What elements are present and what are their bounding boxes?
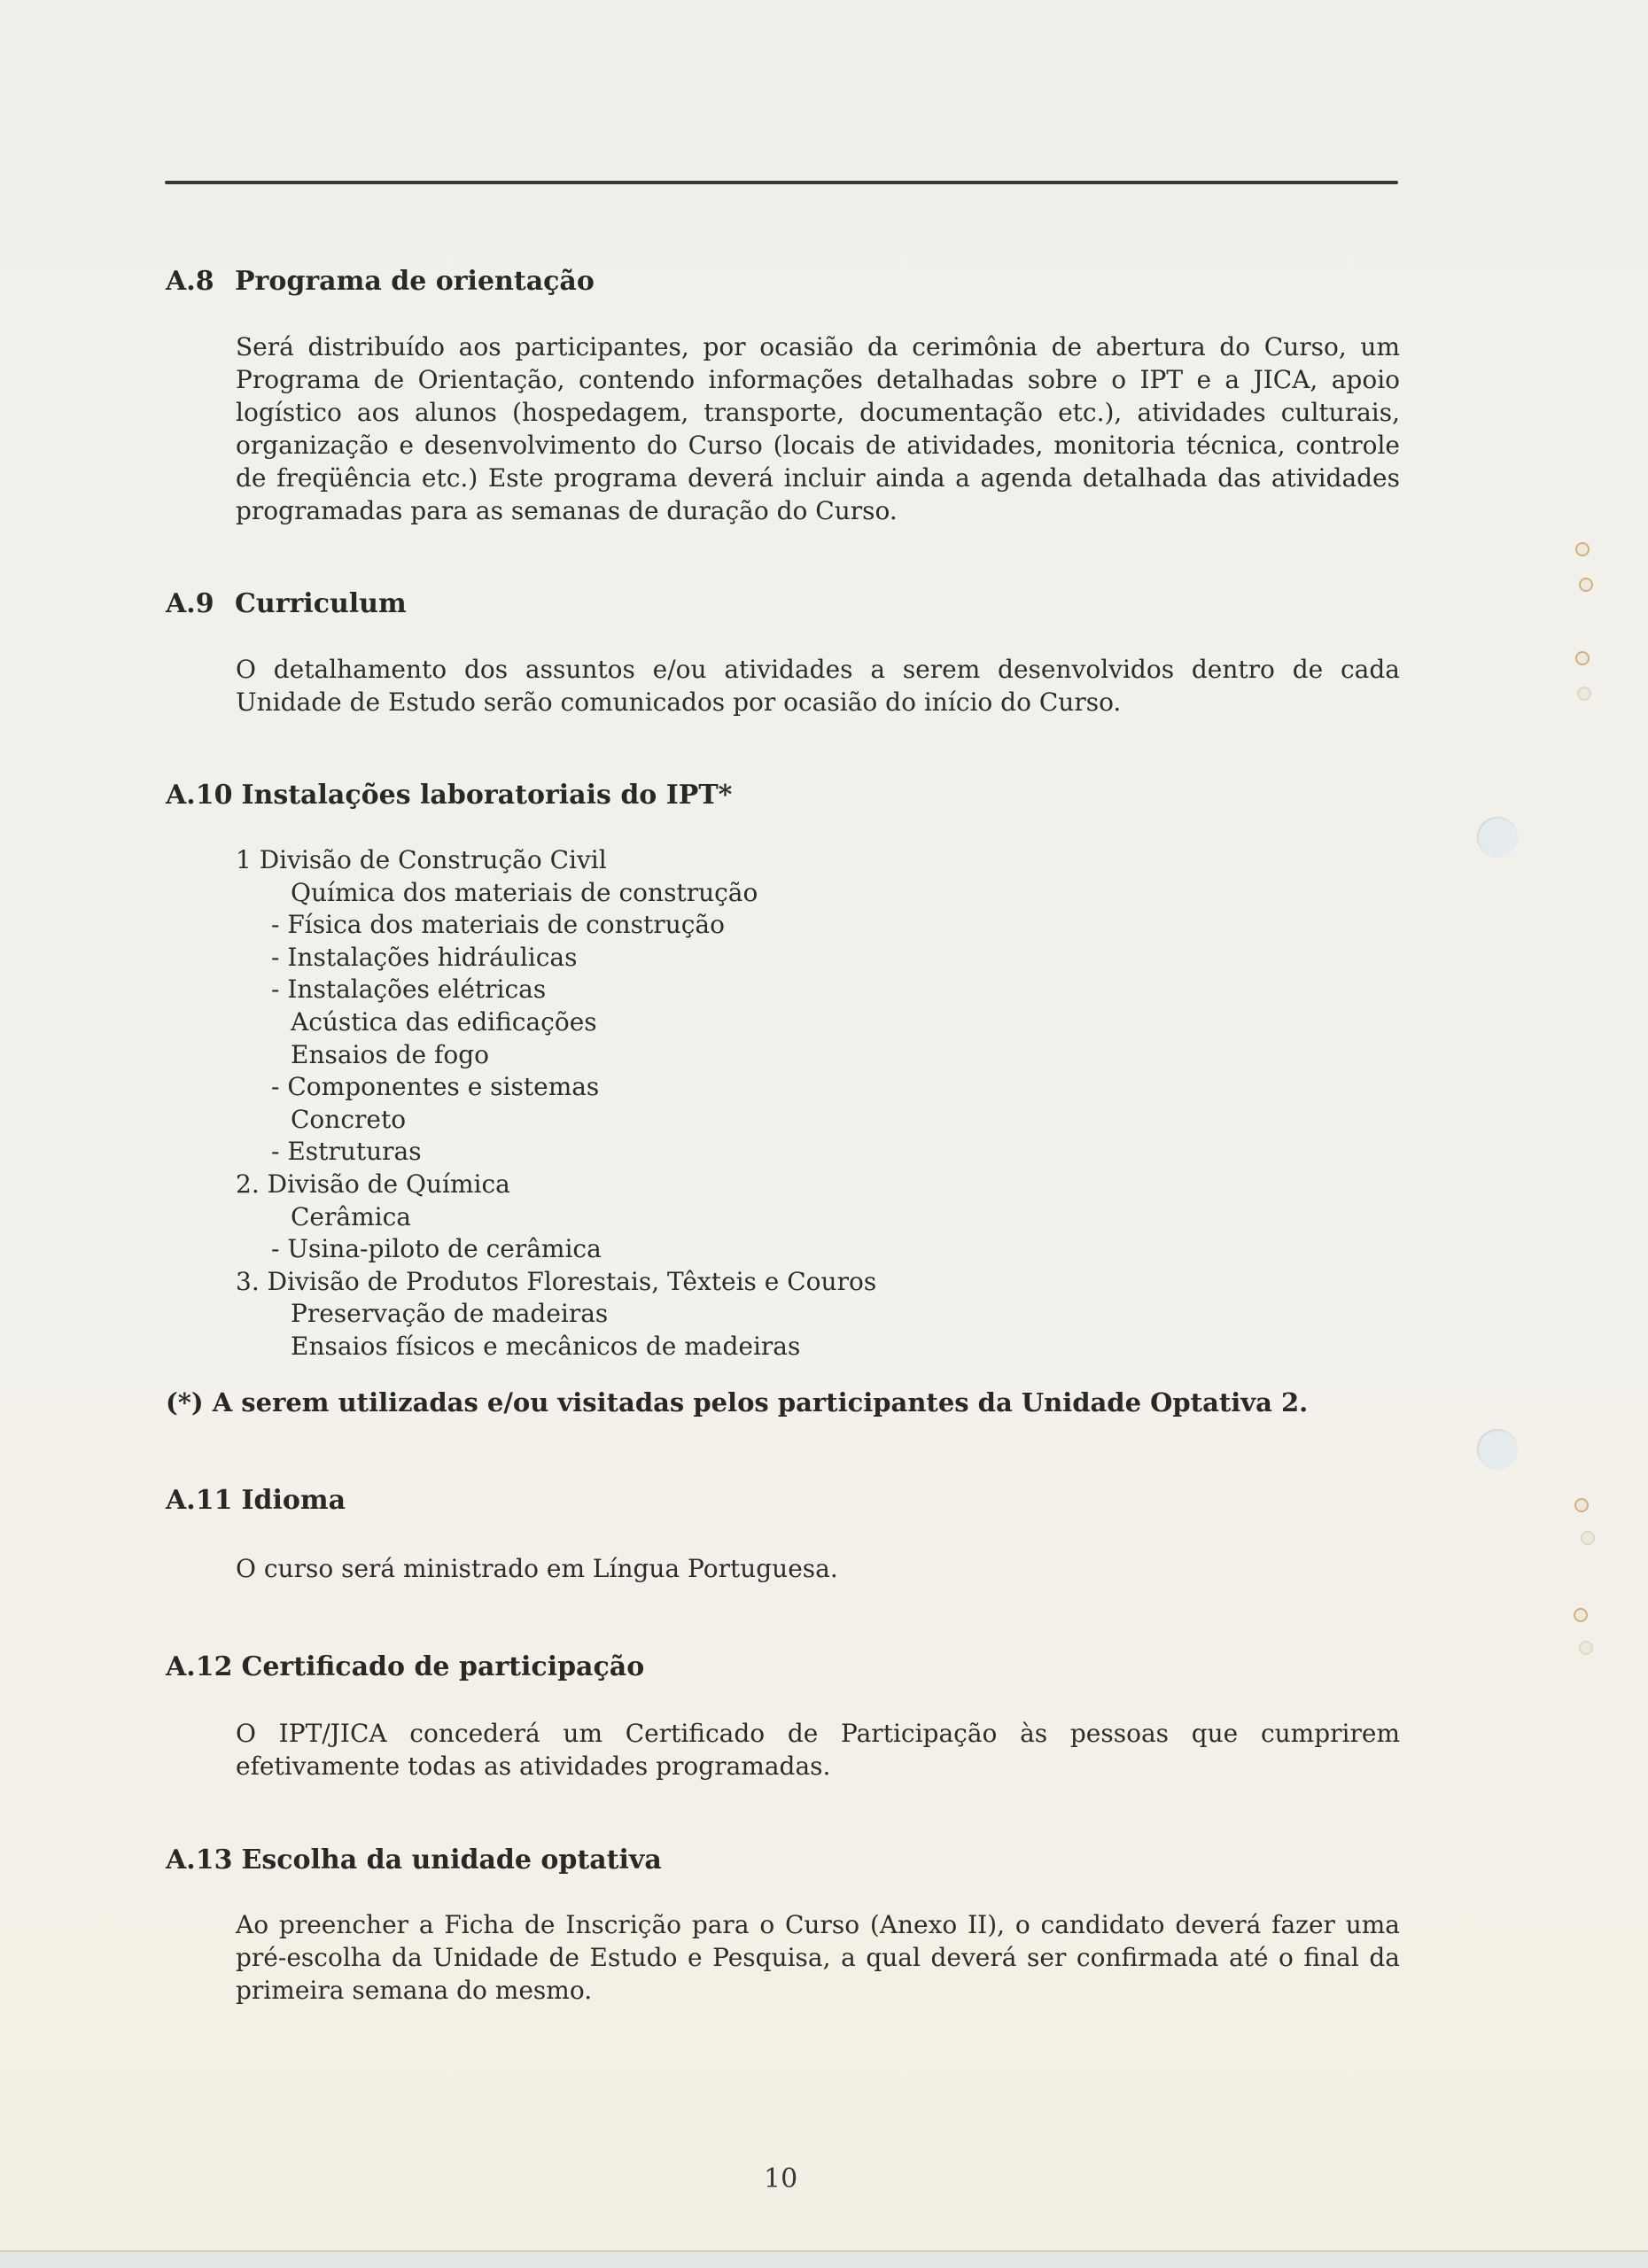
section-body-a8: Será distribuído aos participantes, por …: [236, 330, 1400, 527]
page-number: 10: [764, 2163, 797, 2194]
staple-mark-icon: [1575, 542, 1590, 556]
staple-mark-icon: [1581, 1531, 1595, 1545]
paragraph: O detalhamento dos assuntos e/ou ativida…: [236, 653, 1400, 718]
section-heading-a13: A.13Escolha da unidade optativa: [166, 1845, 662, 1876]
lab-item: - Instalações hidráulicas: [236, 942, 876, 975]
lab-item: Preservação de madeiras: [236, 1298, 876, 1331]
lab-item: - Estruturas: [236, 1136, 876, 1169]
section-body-a11: O curso será ministrado em Língua Portug…: [236, 1552, 1400, 1585]
lab-item: Concreto: [236, 1104, 876, 1137]
lab-item: Acústica das edificações: [236, 1006, 876, 1039]
lab-item: - Usina-piloto de cerâmica: [236, 1233, 876, 1266]
section-number: A.9: [166, 588, 235, 619]
paragraph: O curso será ministrado em Língua Portug…: [236, 1552, 1400, 1585]
lab-item: Química dos materiais de construção: [236, 877, 876, 910]
paragraph: Será distribuído aos participantes, por …: [236, 330, 1400, 527]
paragraph: O IPT/JICA concederá um Certificado de P…: [236, 1717, 1400, 1783]
laboratory-list: 1 Divisão de Construção Civil Química do…: [236, 844, 876, 1363]
section-title: Idioma: [241, 1485, 346, 1516]
section-number: A.8: [166, 266, 235, 297]
document-page: A.8Programa de orientação Será distribuí…: [0, 0, 1648, 2252]
section-heading-a9: A.9Curriculum: [166, 588, 407, 619]
division-produtos-florestais: 3. Divisão de Produtos Florestais, Têxte…: [236, 1266, 876, 1299]
section-number: A.11: [166, 1485, 232, 1516]
section-body-a9: O detalhamento dos assuntos e/ou ativida…: [236, 653, 1400, 718]
lab-item: Cerâmica: [236, 1201, 876, 1234]
section-title: Programa de orientação: [235, 266, 595, 297]
lab-item: - Componentes e sistemas: [236, 1071, 876, 1104]
staple-mark-icon: [1577, 687, 1591, 701]
section-number: A.10: [166, 780, 232, 811]
staple-mark-icon: [1574, 1608, 1588, 1622]
section-body-a13: Ao preencher a Ficha de Inscrição para o…: [236, 1908, 1400, 2007]
section-body-a12: O IPT/JICA concederá um Certificado de P…: [236, 1717, 1400, 1783]
section-title: Instalações laboratoriais do IPT*: [241, 780, 732, 811]
section-number: A.13: [166, 1845, 232, 1876]
section-heading-a11: A.11Idioma: [166, 1485, 346, 1516]
staple-mark-icon: [1575, 651, 1590, 665]
section-heading-a10: A.10Instalações laboratoriais do IPT*: [166, 780, 732, 811]
staple-mark-icon: [1579, 1641, 1593, 1655]
lab-item: - Física dos materiais de construção: [236, 909, 876, 942]
division-quimica: 2. Divisão de Química: [236, 1169, 876, 1201]
binder-hole-icon: [1477, 1429, 1518, 1470]
binder-hole-icon: [1477, 817, 1518, 858]
section-heading-a8: A.8Programa de orientação: [166, 266, 595, 297]
footnote: (*) A serem utilizadas e/ou visitadas pe…: [166, 1387, 1308, 1417]
section-title: Certificado de participação: [241, 1651, 644, 1682]
staple-mark-icon: [1579, 578, 1593, 592]
section-number: A.12: [166, 1651, 232, 1682]
division-construcao-civil: 1 Divisão de Construção Civil: [236, 844, 876, 877]
lab-item: Ensaios físicos e mecânicos de madeiras: [236, 1331, 876, 1363]
section-heading-a12: A.12Certificado de participação: [166, 1651, 644, 1682]
lab-item: - Instalações elétricas: [236, 974, 876, 1006]
staple-mark-icon: [1574, 1498, 1589, 1512]
section-title: Curriculum: [235, 588, 407, 619]
header-rule: [165, 181, 1398, 184]
lab-item: Ensaios de fogo: [236, 1039, 876, 1072]
section-title: Escolha da unidade optativa: [241, 1845, 661, 1876]
paragraph: Ao preencher a Ficha de Inscrição para o…: [236, 1908, 1400, 2007]
